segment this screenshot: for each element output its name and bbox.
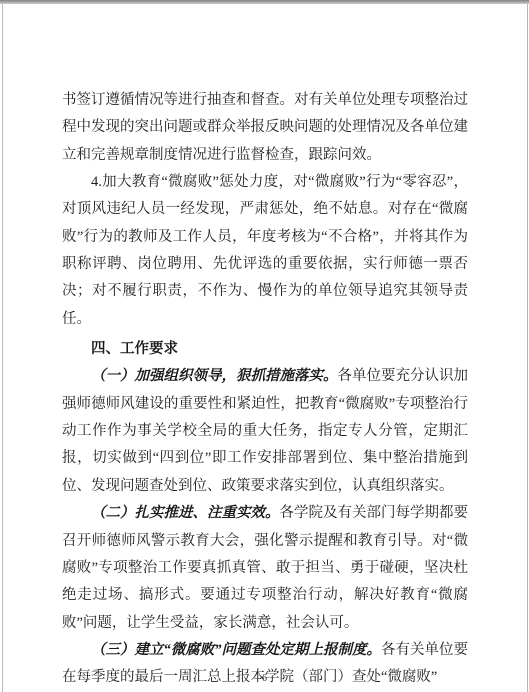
paragraph-text: 各学院及有关部门每学期都要召开师德师风警示教育大会，强化警示提醒和教育引导。对“… (62, 505, 468, 630)
section-heading-4: 四、工作要求 (62, 336, 468, 363)
page-right-edge (527, 4, 528, 692)
document-page: 书签订遵循情况等进行抽查和督查。对有关单位处理专项整治过程中发现的突出问题或群众… (0, 0, 529, 692)
paragraph-subsection-1: （一）加强组织领导，狠抓措施落实。各单位要充分认识加强师德师风建设的重要性和紧迫… (62, 363, 468, 500)
paragraph-subsection-2: （二）扎实推进、注重实效。各学院及有关部门每学期都要召开师德师风警示教育大会，强… (62, 500, 468, 637)
page-number: 6 (0, 674, 529, 684)
subsection-lead: （二）扎实推进、注重实效。 (91, 505, 280, 521)
subsection-lead: （三）建立“微腐败”问题查处定期上报制度。 (91, 642, 381, 658)
paragraph-item-4: 4.加大教育“微腐败”惩处力度，对“微腐败”行为“零容忍”，对顶风违纪人员一经发… (62, 169, 468, 333)
paragraph-text: 4.加大教育“微腐败”惩处力度，对“微腐败”行为“零容忍”，对顶风违纪人员一经发… (62, 174, 468, 327)
paragraph-continuation: 书签订遵循情况等进行抽查和督查。对有关单位处理专项整治过程中发现的突出问题或群众… (62, 87, 468, 169)
paragraph-text: 书签订遵循情况等进行抽查和督查。对有关单位处理专项整治过程中发现的突出问题或群众… (62, 92, 468, 163)
paragraph-text: 各单位要充分认识加强师德师风建设的重要性和紧迫性，把教育“微腐败”专项整治行动工… (62, 368, 468, 493)
section-heading-text: 四、工作要求 (91, 341, 178, 357)
subsection-lead: （一）加强组织领导，狠抓措施落实。 (91, 368, 338, 384)
page-left-edge (2, 4, 3, 692)
document-body: 书签订遵循情况等进行抽查和督查。对有关单位处理专项整治过程中发现的突出问题或群众… (62, 87, 468, 692)
page-top-edge (0, 0, 529, 4)
